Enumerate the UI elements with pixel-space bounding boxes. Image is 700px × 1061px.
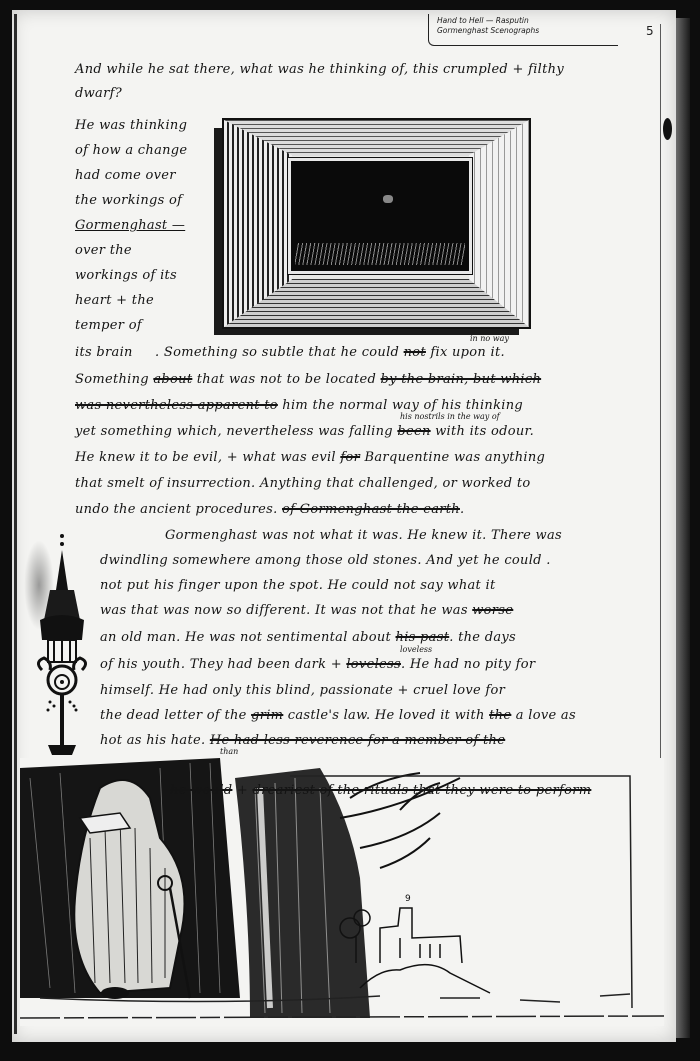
text-line: And while he sat there, what was he thin… [75, 62, 564, 77]
text-line: that smelt of insurrection. Anything tha… [75, 476, 531, 491]
insertion: in no way [470, 334, 509, 343]
binding-spine [14, 14, 17, 1034]
text-line: dwindling somewhere among those old ston… [100, 553, 551, 568]
text-line: himself. He had only this blind, passion… [100, 683, 505, 698]
text-line: dwarf? [75, 86, 122, 101]
text-line: of his youth. They had been dark + lovel… [100, 657, 535, 672]
figure-tree-castle-illustration: 9 [20, 758, 664, 1026]
svg-text:9: 9 [405, 894, 411, 904]
text-line: the dead letter of the grim castle's law… [100, 708, 576, 723]
insertion: than [220, 747, 238, 756]
page-right-edge [676, 18, 690, 1038]
margin-line: had come over [75, 168, 176, 183]
margin-line: of how a change [75, 143, 187, 158]
margin-line: temper of [75, 318, 142, 333]
text-line: was that was now so different. It was no… [100, 603, 513, 618]
ornate-finial-illustration [30, 530, 92, 760]
text-line: Gormenghast was not what it was. He knew… [165, 528, 562, 543]
text-line: not put his finger upon the spot. He cou… [100, 578, 496, 593]
margin-line: Gormenghast — [75, 218, 185, 233]
corner-note-line1: Hand to Hell — Rasputin [437, 16, 618, 26]
ink-blot [663, 118, 672, 140]
corner-note-line2: Gormenghast Scenographs [437, 26, 618, 36]
text-line: yet something which, nevertheless was fa… [75, 424, 534, 439]
text-line: He knew it to be evil, + what was evil f… [75, 450, 545, 465]
margin-line: heart + the [75, 293, 154, 308]
text-line: he would + dreariest of the rituals that… [170, 783, 591, 798]
text-line: undo the ancient procedures. of Gormengh… [75, 502, 464, 517]
dark-seascape-canvas [288, 158, 472, 274]
page-number: 5 [646, 24, 654, 38]
text-line: . Something so subtle that he could not … [155, 345, 505, 360]
margin-line: its brain [75, 345, 133, 360]
margin-line: He was thinking [75, 118, 187, 133]
text-line: an old man. He was not sentimental about… [100, 630, 516, 645]
insertion: loveless [400, 645, 432, 654]
corner-note: Hand to Hell — Rasputin Gormenghast Scen… [428, 14, 618, 46]
margin-line: the workings of [75, 193, 182, 208]
framed-picture-illustration [222, 118, 531, 329]
insertion: his nostrils in the way of [400, 412, 500, 421]
margin-line: over the [75, 243, 132, 258]
text-line: Something about that was not to be locat… [75, 372, 541, 387]
text-line: hot as his hate. He had less reverence f… [100, 733, 505, 748]
margin-line: workings of its [75, 268, 177, 283]
text-line: was nevertheless apparent to him the nor… [75, 398, 523, 413]
